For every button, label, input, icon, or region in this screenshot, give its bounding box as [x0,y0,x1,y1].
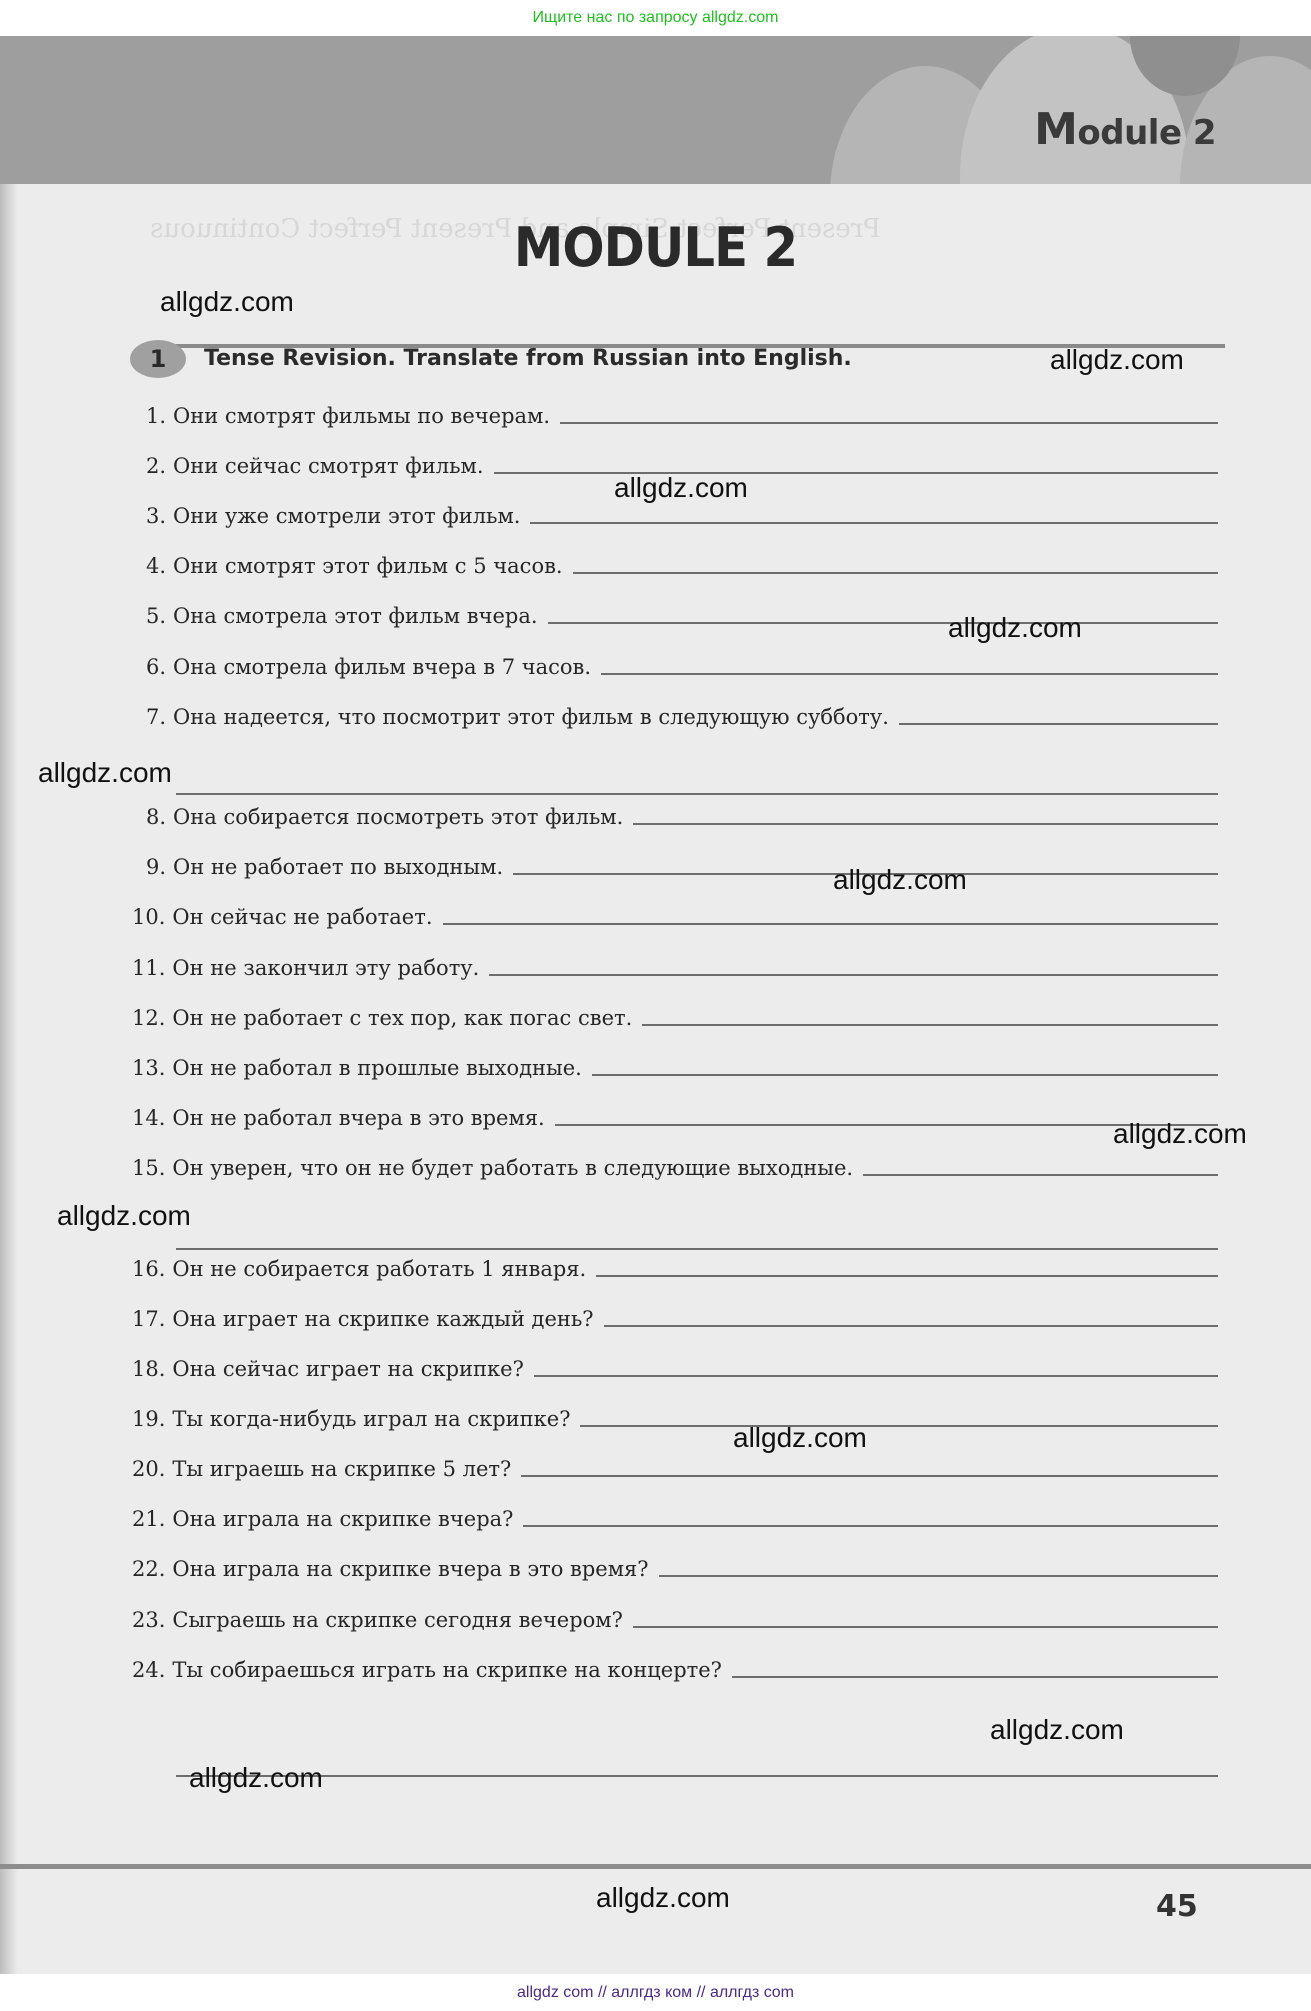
exercise-item: 15.Он уверен, что он не будет работать в… [132,1148,1218,1180]
item-number: 14. [132,1106,165,1130]
item-russian-sentence: Ты играешь на скрипке 5 лет? [172,1457,511,1481]
item-russian-sentence: Он сейчас не работает. [172,905,432,929]
answer-line[interactable] [659,1575,1218,1577]
watermark: allgdz.com [833,864,967,896]
item-number: 9. [146,855,166,879]
answer-line[interactable] [548,622,1218,624]
answer-line[interactable] [592,1074,1218,1076]
item-russian-sentence: Он не работал вчера в это время. [172,1106,544,1130]
page-header-band: Module 2 [0,36,1311,184]
watermark: allgdz.com [596,1882,730,1914]
exercise-item: 18.Она сейчас играет на скрипке? [132,1349,1218,1381]
watermark: allgdz.com [189,1762,323,1794]
item-russian-sentence: Она смотрела фильм вчера в 7 часов. [173,655,591,679]
item-number: 13. [132,1056,165,1080]
item-russian-sentence: Он не закончил эту работу. [172,956,479,980]
watermark: allgdz.com [614,472,748,504]
top-search-banner[interactable]: Ищите нас по запросу allgdz.com [0,0,1311,36]
item-number: 12. [132,1006,165,1030]
item-number: 19. [132,1407,165,1431]
item-number: 11. [132,956,165,980]
module-tag: Module 2 [1034,104,1216,155]
exercise-item: 19.Ты когда-нибудь играл на скрипке? [132,1399,1218,1431]
item-number: 23. [132,1608,165,1632]
answer-line[interactable] [732,1676,1218,1678]
exercise-item: 4.Они смотрят этот фильм с 5 часов. [146,546,1218,578]
answer-line[interactable] [633,823,1218,825]
answer-line[interactable] [489,974,1218,976]
item-russian-sentence: Они сейчас смотрят фильм. [173,454,483,478]
item-russian-sentence: Она играет на скрипке каждый день? [172,1307,593,1331]
answer-line[interactable] [534,1375,1218,1377]
item-number: 8. [146,805,166,829]
watermark: allgdz.com [1050,344,1184,376]
answer-line[interactable] [601,673,1218,675]
item-number: 16. [132,1257,165,1281]
watermark: allgdz.com [733,1422,867,1454]
item-russian-sentence: Она смотрела этот фильм вчера. [173,604,537,628]
page-title: MODULE 2 [52,216,1258,279]
item-russian-sentence: Сыграешь на скрипке сегодня вечером? [172,1608,622,1632]
item-russian-sentence: Она собирается посмотреть этот фильм. [173,805,623,829]
exercise-item: 10.Он сейчас не работает. [132,897,1218,929]
footer-rule [0,1864,1311,1869]
exercise-item: 9.Он не работает по выходным. [146,847,1218,879]
answer-line[interactable] [176,793,1218,795]
exercise-item: 7.Она надеется, что посмотрит этот фильм… [146,697,1218,729]
exercise-item: 16.Он не собирается работать 1 января. [132,1249,1218,1281]
item-number: 3. [146,504,166,528]
exercise-item: 24.Ты собираешься играть на скрипке на к… [132,1650,1218,1682]
exercise-item: 22.Она играла на скрипке вчера в это вре… [132,1549,1218,1581]
answer-line[interactable] [176,1775,1218,1777]
answer-line[interactable] [633,1626,1218,1628]
answer-line[interactable] [176,1248,1218,1250]
item-russian-sentence: Ты когда-нибудь играл на скрипке? [172,1407,570,1431]
item-number: 24. [132,1658,165,1682]
answer-line[interactable] [560,422,1218,424]
item-russian-sentence: Она играла на скрипке вчера в это время? [172,1557,648,1581]
item-number: 7. [146,705,166,729]
item-russian-sentence: Она надеется, что посмотрит этот фильм в… [173,705,889,729]
item-russian-sentence: Они уже смотрели этот фильм. [173,504,520,528]
answer-line[interactable] [899,723,1218,725]
answer-line[interactable] [521,1475,1218,1477]
item-russian-sentence: Он уверен, что он не будет работать в сл… [172,1156,853,1180]
item-number: 1. [146,404,166,428]
watermark: allgdz.com [990,1714,1124,1746]
exercise-item: 20.Ты играешь на скрипке 5 лет? [132,1449,1218,1481]
answer-line[interactable] [443,923,1218,925]
exercise-item: 11.Он не закончил эту работу. [132,948,1218,980]
item-number: 17. [132,1307,165,1331]
watermark: allgdz.com [948,612,1082,644]
item-russian-sentence: Они смотрят фильмы по вечерам. [173,404,550,428]
answer-line[interactable] [494,472,1218,474]
item-russian-sentence: Он не работает с тех пор, как погас свет… [172,1006,632,1030]
item-number: 6. [146,655,166,679]
item-number: 15. [132,1156,165,1180]
item-russian-sentence: Она сейчас играет на скрипке? [172,1357,523,1381]
item-russian-sentence: Он не собирается работать 1 января. [172,1257,586,1281]
item-russian-sentence: Он не работал в прошлые выходные. [172,1056,581,1080]
answer-line[interactable] [573,572,1218,574]
item-number: 18. [132,1357,165,1381]
exercise-item: 6.Она смотрела фильм вчера в 7 часов. [146,647,1218,679]
item-number: 22. [132,1557,165,1581]
item-number: 5. [146,604,166,628]
item-number: 4. [146,554,166,578]
exercise-item: 17.Она играет на скрипке каждый день? [132,1299,1218,1331]
answer-line[interactable] [604,1325,1218,1327]
item-russian-sentence: Ты собираешься играть на скрипке на конц… [172,1658,722,1682]
textbook-page: Module 2 Present Perfect Simple and Pres… [0,36,1311,1974]
item-russian-sentence: Они смотрят этот фильм с 5 часов. [173,554,563,578]
answer-line[interactable] [580,1425,1218,1427]
item-number: 20. [132,1457,165,1481]
exercise-item: 1.Они смотрят фильмы по вечерам. [146,396,1218,428]
item-russian-sentence: Она играла на скрипке вчера? [172,1507,513,1531]
bottom-banner[interactable]: allgdz com // аллгдз ком // аллгдз com [0,1974,1311,2011]
page-number: 45 [1156,1889,1198,1924]
watermark: allgdz.com [57,1200,191,1232]
answer-line[interactable] [523,1525,1218,1527]
answer-line[interactable] [642,1024,1218,1026]
item-number: 10. [132,905,165,929]
exercise-instruction: Tense Revision. Translate from Russian i… [204,346,852,371]
watermark: allgdz.com [1113,1118,1247,1150]
answer-line[interactable] [530,522,1218,524]
item-number: 2. [146,454,166,478]
watermark: allgdz.com [160,286,294,318]
exercise-item: 13.Он не работал в прошлые выходные. [132,1048,1218,1080]
answer-line[interactable] [863,1174,1218,1176]
exercise-item: 12.Он не работает с тех пор, как погас с… [132,998,1218,1030]
watermark: allgdz.com [38,757,172,789]
answer-line[interactable] [596,1275,1218,1277]
item-russian-sentence: Он не работает по выходным. [173,855,503,879]
item-number: 21. [132,1507,165,1531]
exercise-item: 23.Сыграешь на скрипке сегодня вечером? [132,1600,1218,1632]
exercise-number-badge: 1 [130,340,186,378]
exercise-item: 21.Она играла на скрипке вчера? [132,1499,1218,1531]
exercise-item: 14.Он не работал вчера в это время. [132,1098,1218,1130]
exercise-item: 8.Она собирается посмотреть этот фильм. [146,797,1218,829]
